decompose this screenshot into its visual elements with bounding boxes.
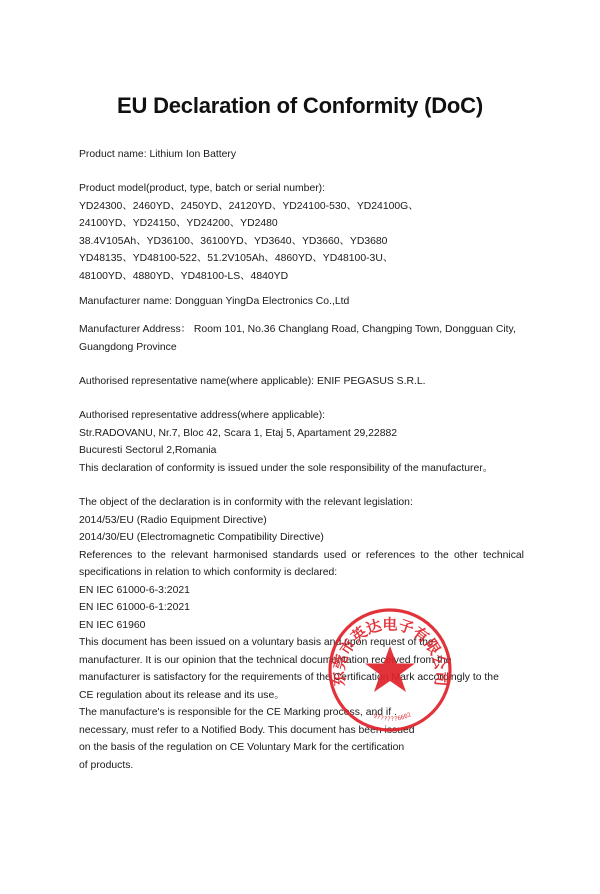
closing-line: CE regulation about its release and its … bbox=[79, 687, 524, 705]
standard-item: EN IEC 61000-6-1:2021 bbox=[79, 599, 524, 617]
closing-line: This document has been issued on a volun… bbox=[79, 634, 524, 652]
manufacturer-name: Manufacturer name: Dongguan YingDa Elect… bbox=[79, 293, 524, 311]
object-statement: The object of the declaration is in conf… bbox=[79, 494, 524, 512]
manufacturer-address-line: Guangdong Province bbox=[79, 339, 524, 357]
closing-line: of products. bbox=[79, 757, 524, 775]
product-model-line: 24100YD、YD24150、YD24200、YD2480 bbox=[79, 215, 524, 233]
auth-rep-address-line: Bucuresti Sectorul 2,Romania bbox=[79, 442, 524, 460]
standard-item: EN IEC 61000-6-3:2021 bbox=[79, 582, 524, 600]
references-statement: References to the relevant harmonised st… bbox=[79, 547, 524, 582]
manufacturer-address: Manufacturer Address： Room 101, No.36 Ch… bbox=[79, 321, 524, 356]
auth-rep-address-heading: Authorised representative address(where … bbox=[79, 407, 524, 425]
directive-item: 2014/53/EU (Radio Equipment Directive) bbox=[79, 512, 524, 530]
product-model-line: 48100YD、4880YD、YD48100-LS、4840YD bbox=[79, 268, 524, 286]
product-name: Product name: Lithium Ion Battery bbox=[79, 146, 524, 164]
closing-line: necessary, must refer to a Notified Body… bbox=[79, 722, 524, 740]
declaration-page: EU Declaration of Conformity (DoC) Produ… bbox=[0, 0, 600, 894]
closing-line: manufacturer is satisfactory for the req… bbox=[79, 669, 524, 687]
product-model-line: 38.4V105Ah、YD36100、36100YD、YD3640、YD3660… bbox=[79, 233, 524, 251]
auth-rep-address-section: Authorised representative address(where … bbox=[79, 407, 524, 477]
auth-rep-name-line: Authorised representative name(where app… bbox=[79, 373, 524, 391]
product-model-section: Product model(product, type, batch or se… bbox=[79, 180, 524, 285]
legislation-section: The object of the declaration is in conf… bbox=[79, 494, 524, 774]
standard-item: EN IEC 61960 bbox=[79, 617, 524, 635]
auth-rep-name: Authorised representative name(where app… bbox=[79, 373, 524, 391]
directive-item: 2014/30/EU (Electromagnetic Compatibilit… bbox=[79, 529, 524, 547]
product-name-line: Product name: Lithium Ion Battery bbox=[79, 146, 524, 164]
closing-line: manufacturer. It is our opinion that the… bbox=[79, 652, 524, 670]
closing-line: on the basis of the regulation on CE Vol… bbox=[79, 739, 524, 757]
product-model-line: YD24300、2460YD、2450YD、24120YD、YD24100-53… bbox=[79, 198, 524, 216]
manufacturer-name-line: Manufacturer name: Dongguan YingDa Elect… bbox=[79, 293, 524, 311]
product-model-heading: Product model(product, type, batch or se… bbox=[79, 180, 524, 198]
page-title: EU Declaration of Conformity (DoC) bbox=[0, 93, 600, 119]
manufacturer-address-line: Manufacturer Address： Room 101, No.36 Ch… bbox=[79, 321, 524, 339]
product-model-line: YD48135、YD48100-522、51.2V105Ah、4860YD、YD… bbox=[79, 250, 524, 268]
auth-rep-address-line: Str.RADOVANU, Nr.7, Bloc 42, Scara 1, Et… bbox=[79, 425, 524, 443]
closing-line: The manufacture's is responsible for the… bbox=[79, 704, 524, 722]
sole-responsibility-statement: This declaration of conformity is issued… bbox=[79, 460, 524, 478]
